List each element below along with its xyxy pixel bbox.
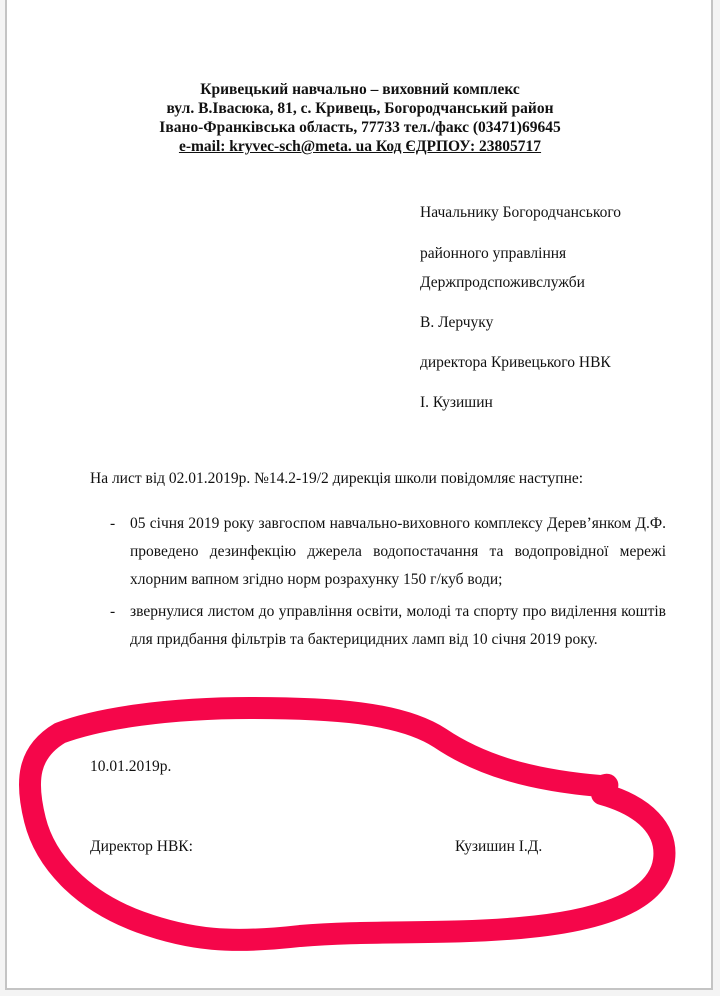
letterhead-address: вул. В.Івасюка, 81, с. Кривець, Богородч… [0,99,720,118]
addressee-line: В. Лерчуку [420,314,493,332]
addressee-line: Начальнику Богородчанського [420,204,621,222]
bullet-dash: - [110,510,115,538]
addressee-line: директора Кривецького НВК [420,354,611,372]
document-date: 10.01.2019р. [90,758,171,776]
letterhead: Кривецький навчально – виховний комплекс… [0,80,720,156]
list-item-text: 05 січня 2019 року завгоспом навчально-в… [130,515,666,588]
letterhead-email-code: e-mail: kryvec-sch@meta. ua Код ЄДРПОУ: … [0,137,720,156]
signatory-name: Кузишин І.Д. [455,838,542,856]
letterhead-region-phone: Івано-Франківська область, 77733 тел./фа… [0,118,720,137]
addressee-line: районного управління [420,245,566,263]
list-item: - звернулися листом до управління освіти… [90,598,666,654]
addressee-line: І. Кузишин [420,394,493,412]
list-item: - 05 січня 2019 року завгоспом навчально… [90,510,666,594]
intro-paragraph: На лист від 02.01.2019р. №14.2-19/2 дире… [90,470,583,488]
signatory-title: Директор НВК: [90,838,193,856]
letterhead-org-name: Кривецький навчально – виховний комплекс [0,80,720,99]
list-item-text: звернулися листом до управління освіти, … [130,603,666,648]
bullet-dash: - [110,598,115,626]
addressee-line: Держпродспоживслужби [420,274,585,292]
bullet-list: - 05 січня 2019 року завгоспом навчально… [90,510,666,654]
